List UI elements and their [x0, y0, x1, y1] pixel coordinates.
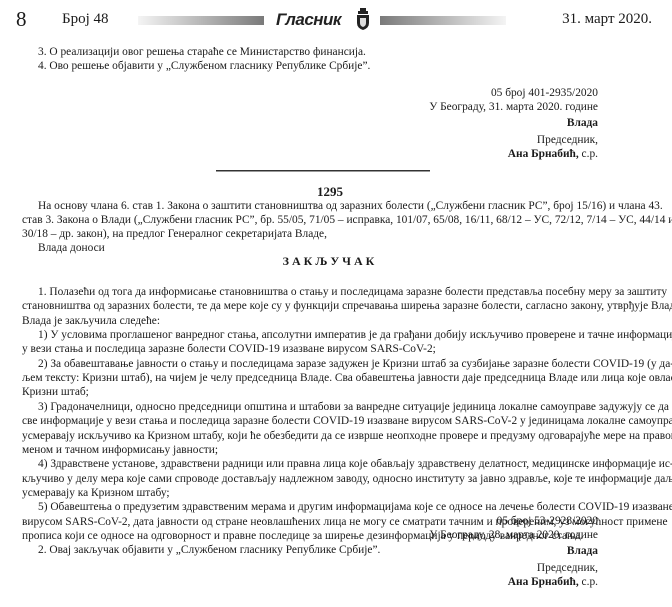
header-decorative-bar-left — [138, 16, 264, 25]
conclusion-line: љем тексту: Кризни штаб), на чијем је че… — [22, 371, 672, 385]
conclusion-line: 1) У условима проглашеног ванредног стањ… — [38, 328, 672, 342]
previous-signatory: Ана Брнабић, с.р. — [508, 147, 598, 161]
previous-signatory-name: Ана Брнабић, — [508, 148, 579, 160]
act-signatory-suffix: с.р. — [579, 576, 598, 588]
preamble-line: став 3. Закона о Влади („Службени гласни… — [22, 213, 672, 227]
conclusion-line: у вези стања и последица заразне болести… — [22, 342, 436, 356]
conclusion-line: 2) За обавештавање јавности о стању и по… — [38, 357, 672, 371]
conclusion-line: 4) Здравствене установе, здравствени рад… — [38, 457, 672, 471]
previous-item-4: 4. Ово решење објавити у „Службеном глас… — [38, 59, 370, 73]
gazette-logo: Гласник — [274, 8, 378, 32]
preamble-line: На основу члана 6. став 1. Закона о зашт… — [38, 199, 663, 213]
act-reference: 05 број 53-2928/2020 — [497, 514, 598, 528]
act-title: ЗАКЉУЧАК — [0, 254, 660, 269]
logo-text: Гласник — [276, 10, 341, 30]
conclusion-line: Кризни штаб; — [22, 385, 89, 399]
previous-signatory-suffix: с.р. — [579, 148, 598, 160]
act-place-date: У Београду, 28. марта 2020. године — [429, 528, 598, 542]
page-number: 8 — [16, 7, 27, 32]
conclusion-line: кључиво у делу мера које сами спроводе д… — [22, 472, 672, 486]
previous-issuer: Влада — [567, 116, 598, 130]
previous-role: Председник, — [537, 133, 598, 147]
conclusion-line: становништва од заразних болести, те да … — [22, 299, 672, 313]
previous-item-3: 3. О реализацији овог решења стараће се … — [38, 45, 366, 59]
section-separator — [216, 170, 430, 172]
act-signatory: Ана Брнабић, с.р. — [508, 575, 598, 589]
conclusion-line: 2. Овај закључак објавити у „Службеном г… — [38, 543, 380, 557]
conclusion-line: све информације у вези стања и последица… — [22, 414, 672, 428]
act-number: 1295 — [0, 184, 660, 200]
previous-place-date: У Београду, 31. марта 2020. године — [429, 100, 598, 114]
previous-reference: 05 број 401-2935/2020 — [491, 86, 598, 100]
header-decorative-bar-right — [380, 16, 506, 25]
coat-of-arms-icon — [356, 8, 370, 30]
conclusion-line: 1. Полазећи од тога да информисање стано… — [38, 285, 667, 299]
conclusion-line: усмеравају искључиво ка Кризном штабу, к… — [22, 429, 672, 443]
conclusion-line: усмеравају ка Кризном штабу; — [22, 486, 170, 500]
conclusion-line: 3) Градоначелници, односно председници о… — [38, 400, 669, 414]
act-issuer: Влада — [567, 544, 598, 558]
issue-date: 31. март 2020. — [562, 11, 652, 28]
preamble-line: Влада доноси — [38, 241, 105, 255]
act-signatory-name: Ана Брнабић, — [508, 576, 579, 588]
page-header: 8 Број 48 Гласник 31. март 2020. — [0, 0, 672, 36]
conclusion-line: меном и тачном информисању јавности; — [22, 443, 218, 457]
preamble-line: 30/18 – др. закон), на предлог Генерално… — [22, 227, 327, 241]
issue-number: Број 48 — [62, 11, 109, 28]
conclusion-line: 5) Обавештења о предузетим здравственим … — [38, 500, 672, 514]
conclusion-line: Влада је закључила следеће: — [22, 314, 160, 328]
act-role: Председник, — [537, 561, 598, 575]
